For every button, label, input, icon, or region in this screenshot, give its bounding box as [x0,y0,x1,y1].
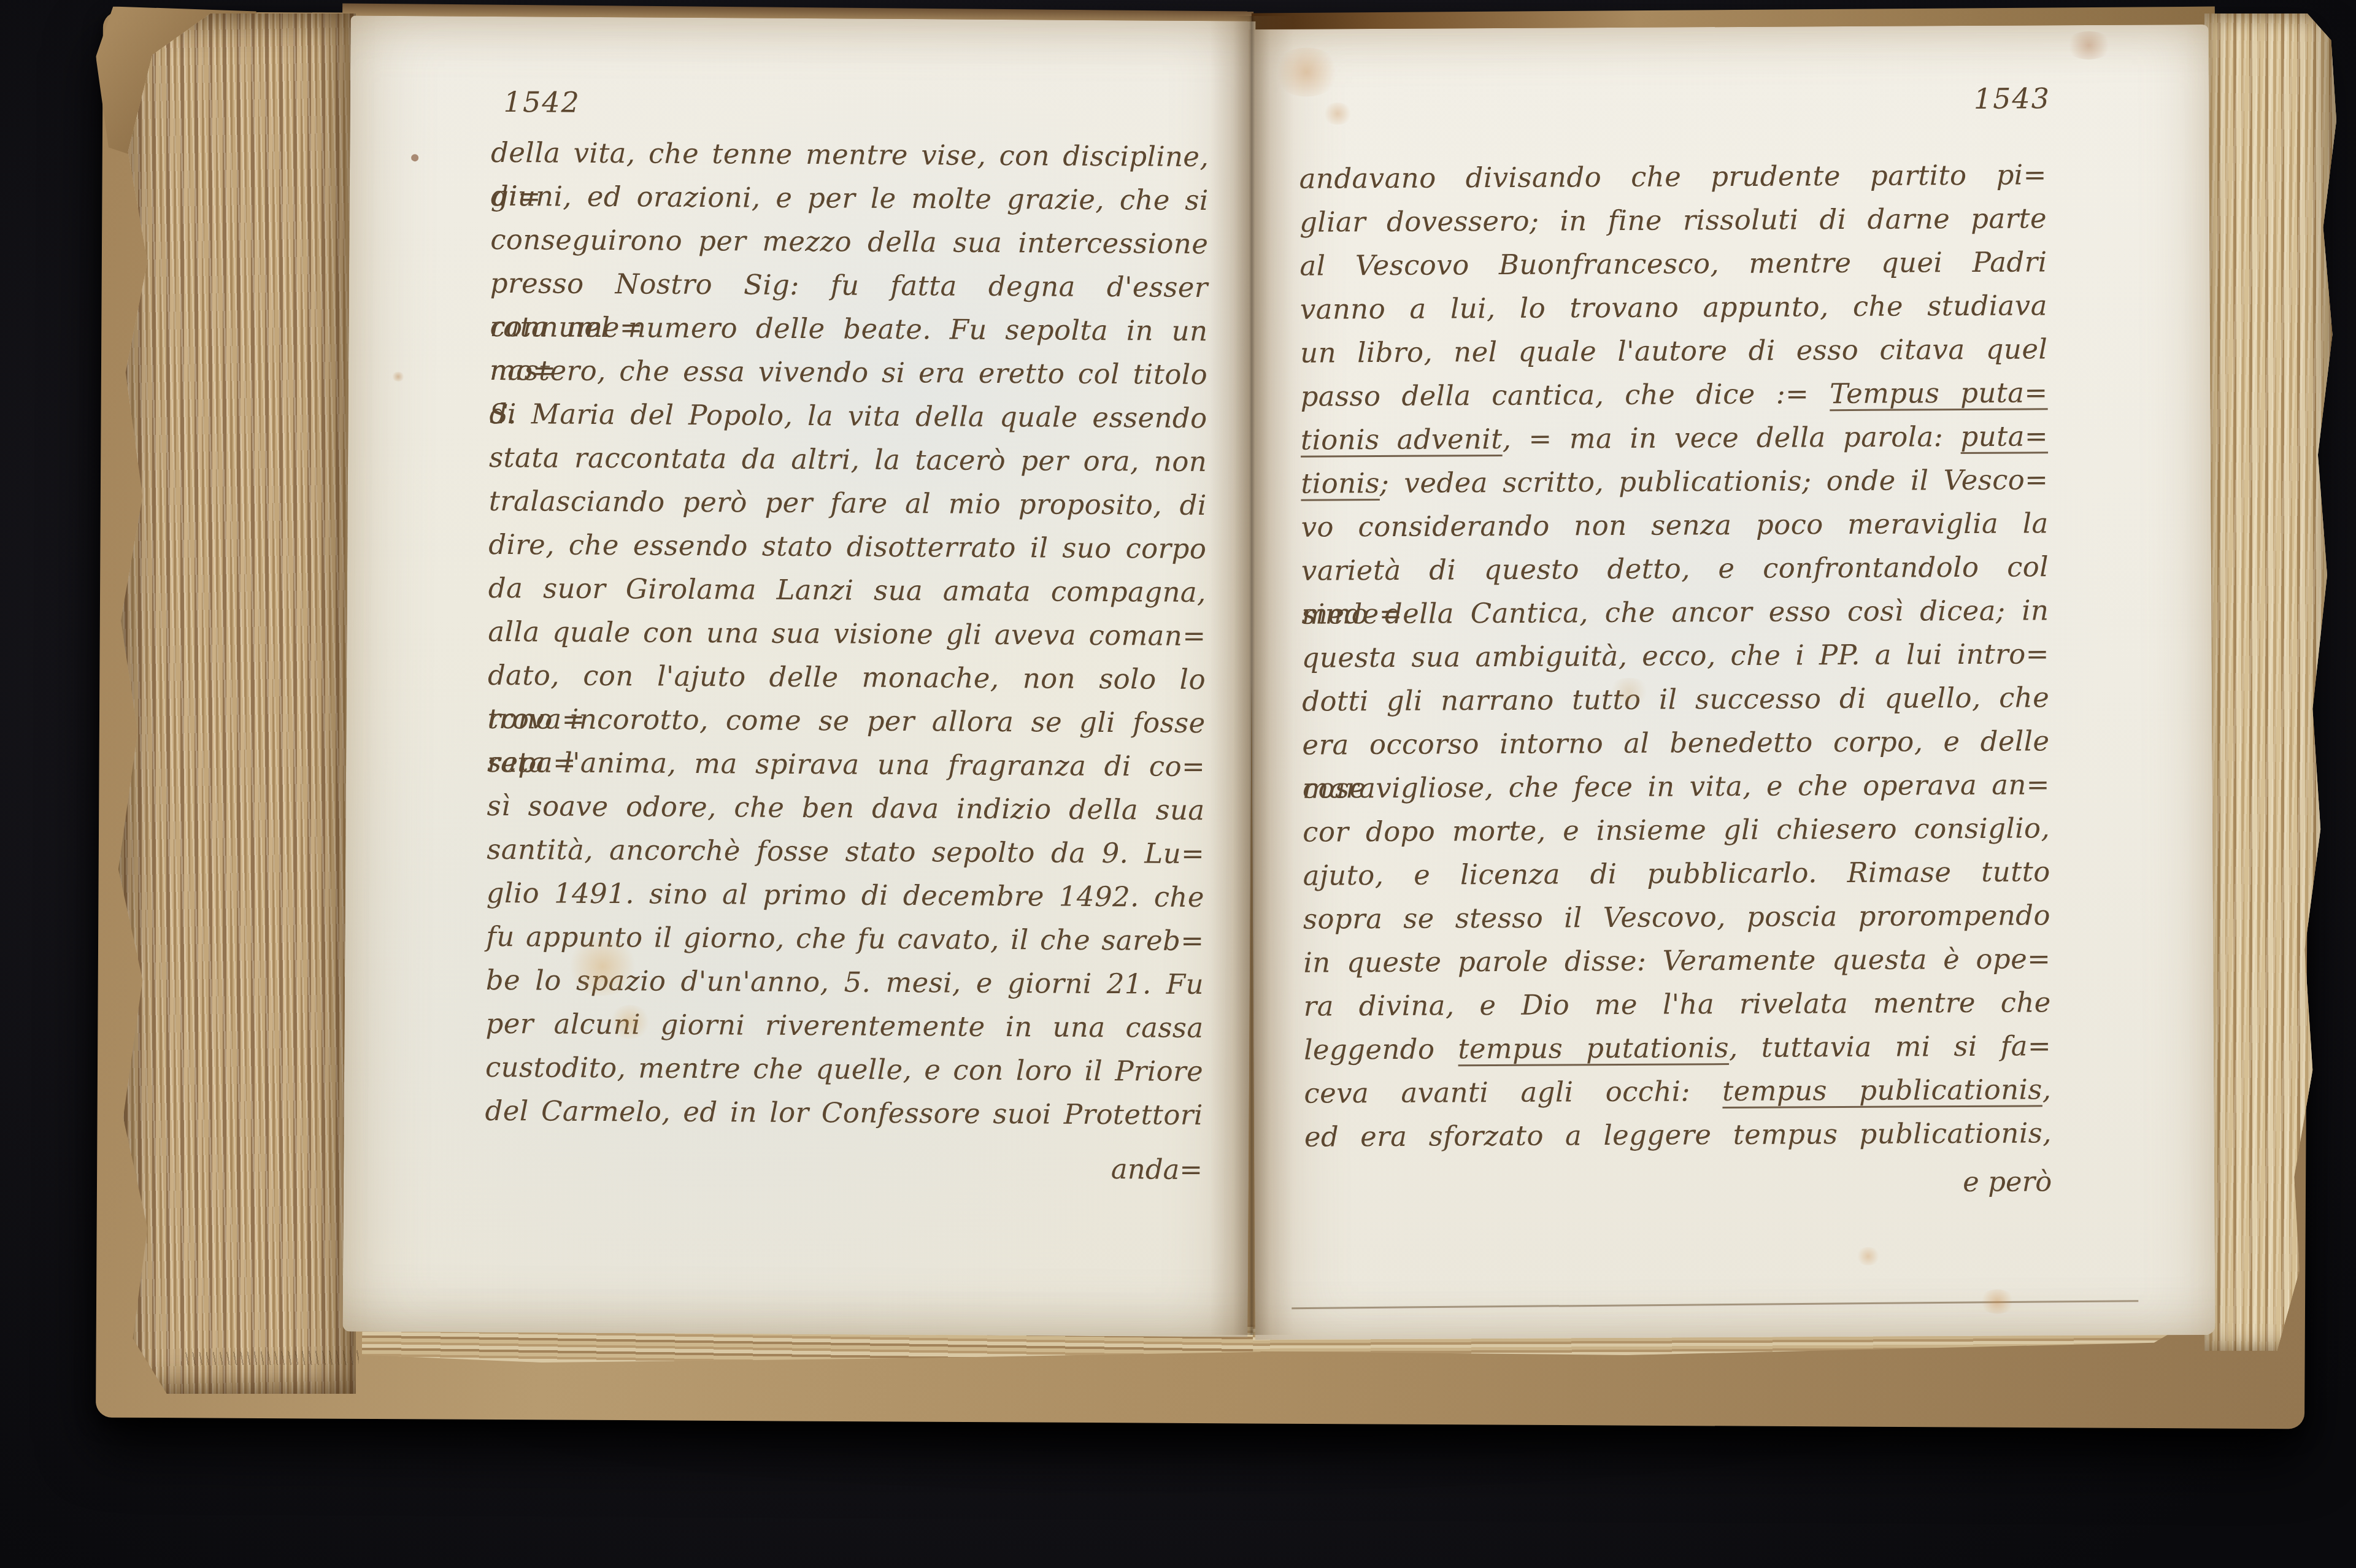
manuscript-line: dato, con l'ajuto delle monache, non sol… [488,653,1206,701]
manuscript-line: tionis advenit, = ma in vece della parol… [1301,414,2048,461]
manuscript-line: alla quale con una sua visione gli aveva… [488,610,1206,658]
manuscript-line: sì soave odore, che ben dava indizio del… [487,784,1204,832]
manuscript-line: leggendo tempus putationis, tuttavia mi … [1304,1024,2051,1071]
manuscript-line: della vita, che tenne mentre vise, con d… [491,131,1209,179]
manuscript-line: sopra se stesso il Vescovo, poscia proro… [1303,893,2050,940]
manuscript-line: ra divina, e Dio me l'ha rivelata mentre… [1304,980,2051,1028]
text-block-left: della vita, che tenne mentre vise, con d… [485,131,1209,1137]
manuscript-line: simo della Cantica, che ancor esso così … [1301,588,2049,636]
manuscript-line: presso Nostro Sig: fu fatta degna d'esse… [490,261,1208,309]
manuscript-line: glio 1491. sino al primo di decembre 149… [487,871,1204,919]
foxing-spot [1856,1247,1881,1266]
manuscript-line: dotti gli narrano tutto il successo di q… [1302,675,2049,723]
underlined-latin-phrase: tionis [1301,467,1380,500]
manuscript-line: rata nel numero delle beate. Fu sepolta … [490,305,1207,353]
manuscript-line: gliar dovessero; in fine rissoluti di da… [1299,196,2047,244]
manuscript-line: ajuto, e licenza di pubblicarlo. Rimase … [1303,850,2050,897]
manuscript-line: tralasciando però per fare al mio propos… [489,479,1207,527]
folio-number-left: 1542 [504,85,580,119]
manuscript-line: dire, che essendo stato disotterrato il … [488,523,1206,571]
open-manuscript-book: 1542 della vita, che tenne mentre vise, … [0,0,2356,1568]
manuscript-line: varietà di questo detto, e confrontandol… [1301,545,2049,592]
text-block-right: andavano divisando che prudente partito … [1299,153,2052,1158]
manuscript-line: conseguirono per mezzo della sua interce… [490,218,1208,266]
manuscript-line: nastero, che essa vivendo si era eretto … [490,348,1207,396]
manuscript-line: cor dopo morte, e insieme gli chiesero c… [1303,806,2050,853]
manuscript-line: rono incorotto, come se per allora se gl… [487,697,1205,745]
manuscript-line: questa sua ambiguità, ecco, che i PP. a … [1302,632,2049,679]
manuscript-line: da suor Girolama Lanzi sua amata compagn… [488,566,1206,614]
foxing-spot [391,372,405,382]
underlined-latin-phrase: puta= [1960,420,2048,453]
manuscript-line: fu appunto il giorno, che fu cavato, il … [486,915,1204,963]
manuscript-page-right: 1543 andavano divisando che prudente par… [1248,25,2215,1340]
manuscript-line: ceva avanti agli occhi: tempus publicati… [1304,1067,2051,1115]
underlined-latin-phrase: tempus publicationis [1722,1073,2042,1107]
catchword-left: anda= [485,1149,1266,1186]
manuscript-line: S. Maria del Popolo, la vita della quale… [489,392,1207,440]
book-gutter [1210,16,1293,1335]
underlined-latin-phrase: tionis advenit [1301,423,1503,456]
manuscript-line: per alcuni giorni riverentemente in una … [485,1002,1203,1050]
manuscript-line: rata l'anima, ma spirava una fragranza d… [487,740,1205,788]
manuscript-page-left: 1542 della vita, che tenne mentre vise, … [342,16,1255,1337]
manuscript-line: giuni, ed orazioni, e per le molte grazi… [491,174,1209,222]
manuscript-line: al Vescovo Buonfrancesco, mentre quei Pa… [1299,240,2047,287]
ink-fleck [411,154,418,161]
manuscript-line: ed era sforzato a leggere tempus publica… [1304,1111,2052,1158]
underpage-edge-line [1292,1300,2138,1309]
manuscript-line: be lo spazio d'un'anno, 5. mesi, e giorn… [486,958,1204,1006]
manuscript-line: era occorso intorno al benedetto corpo, … [1302,719,2049,766]
manuscript-line: custodito, mentre che quelle, e con loro… [485,1045,1203,1093]
manuscript-line: in queste parole disse: Veramente questa… [1303,937,2050,984]
foxing-spot [2064,31,2113,60]
underlined-latin-phrase: tempus putationis [1458,1031,1729,1065]
manuscript-line: tionis; vedea scritto, publicationis; on… [1301,458,2048,505]
manuscript-line: passo della cantica, che dice := Tempus … [1300,371,2047,418]
manuscript-line: stata raccontata da altri, la tacerò per… [489,436,1207,483]
page-edges-left-deckle [114,13,356,1394]
folio-number-right: 1543 [1974,82,2050,115]
manuscript-line: un libro, nel quale l'autore di esso cit… [1300,327,2047,374]
manuscript-line: andavano divisando che prudente partito … [1299,153,2047,200]
catchword-right: e però [1304,1164,2156,1201]
foxing-spot [1322,102,1353,125]
manuscript-line: maravigliose, che fece in vita, e che op… [1303,763,2050,810]
manuscript-line: del Carmelo, ed in lor Confessore suoi P… [485,1089,1203,1137]
manuscript-line: santità, ancorchè fosse stato sepolto da… [487,828,1204,875]
photo-background: 1542 della vita, che tenne mentre vise, … [0,0,2356,1568]
manuscript-line: vo considerando non senza poco meravigli… [1301,501,2048,548]
underlined-latin-phrase: Tempus puta= [1830,376,2048,410]
page-edges-right-deckle [2204,13,2336,1351]
manuscript-line: vanno a lui, lo trovano appunto, che stu… [1300,283,2047,331]
